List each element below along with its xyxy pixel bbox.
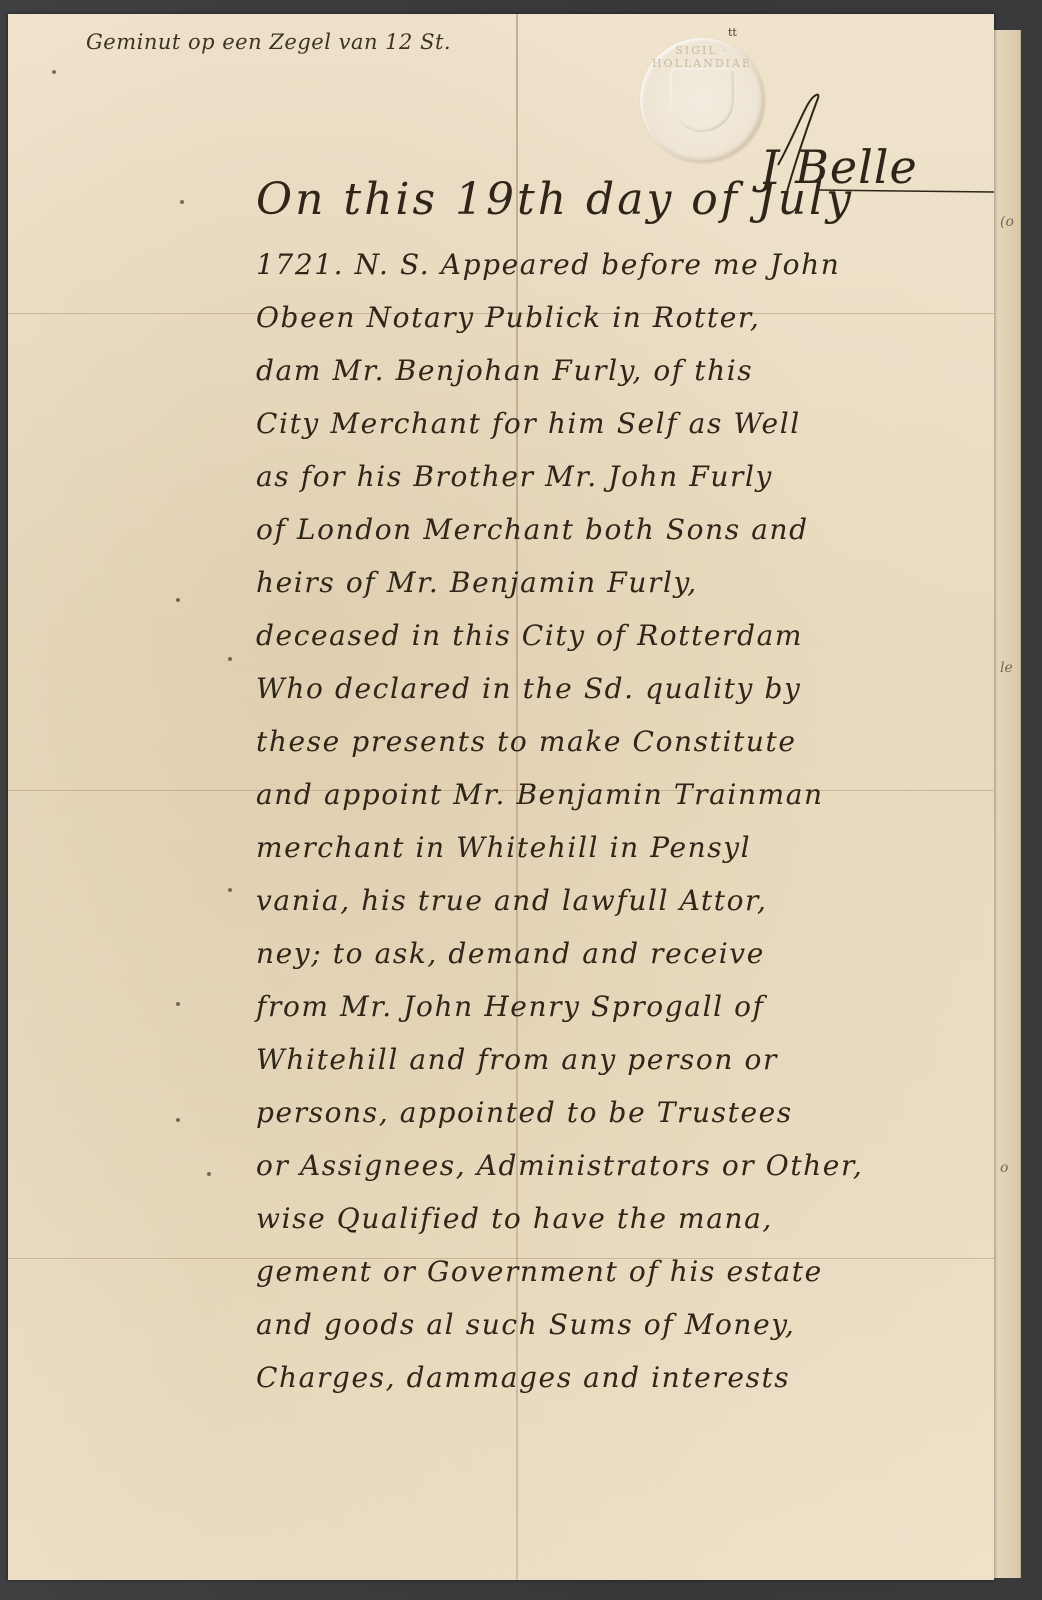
- ink-dot: [176, 1118, 180, 1122]
- text-line: City Merchant for him Self as Well: [256, 397, 976, 450]
- ink-dot: [176, 1002, 180, 1006]
- text-line: these presents to make Constitute: [256, 715, 976, 768]
- deed-body: On this 19th day of July 1721. N. S. App…: [256, 170, 976, 1404]
- ink-dot: [52, 70, 56, 74]
- text-line: and appoint Mr. Benjamin Trainman: [256, 768, 976, 821]
- text-line: deceased in this City of Rotterdam: [256, 609, 976, 662]
- text-line: ney; to ask, demand and receive: [256, 927, 976, 980]
- text-line: as for his Brother Mr. John Furly: [256, 450, 976, 503]
- rear-page-edge: [990, 30, 1021, 1578]
- stamp-duty-note: Geminut op een Zegel van 12 St.: [86, 30, 451, 54]
- text-line: vania, his true and lawfull Attor,: [256, 874, 976, 927]
- ink-dot: [207, 1172, 211, 1176]
- embossed-seal-icon: SIGIL · HOLLANDIAE: [640, 38, 764, 162]
- text-line: On this 19th day of July: [256, 170, 976, 238]
- text-line: Whitehill and from any person or: [256, 1033, 976, 1086]
- text-line: persons, appointed to be Trustees: [256, 1086, 976, 1139]
- text-line: Charges, dammages and interests: [256, 1351, 976, 1404]
- text-line: or Assignees, Administrators or Other,: [256, 1139, 976, 1192]
- text-line: and goods al such Sums of Money,: [256, 1298, 976, 1351]
- text-line: from Mr. John Henry Sprogall of: [256, 980, 976, 1033]
- text-line: heirs of Mr. Benjamin Furly,: [256, 556, 976, 609]
- text-line: merchant in Whitehill in Pensyl: [256, 821, 976, 874]
- edge-fragment: o: [1000, 1160, 1008, 1176]
- text-line: of London Merchant both Sons and: [256, 503, 976, 556]
- seal-shield-icon: [670, 68, 734, 132]
- seal-mark: tt: [728, 26, 737, 39]
- text-line: 1721. N. S. Appeared before me John: [256, 238, 976, 291]
- text-line: Who declared in the Sd. quality by: [256, 662, 976, 715]
- ink-dot: [228, 888, 232, 892]
- text-line: gement or Government of his estate: [256, 1245, 976, 1298]
- edge-fragment: le: [1000, 660, 1013, 676]
- text-line: wise Qualified to have the mana,: [256, 1192, 976, 1245]
- text-line: Obeen Notary Publick in Rotter,: [256, 291, 976, 344]
- ink-dot: [176, 598, 180, 602]
- ink-dot: [228, 657, 232, 661]
- ink-dot: [180, 200, 184, 204]
- edge-fragment: (o: [1000, 214, 1014, 230]
- seal-legend: SIGIL · HOLLANDIAE: [640, 44, 764, 70]
- text-line: dam Mr. Benjohan Furly, of this: [256, 344, 976, 397]
